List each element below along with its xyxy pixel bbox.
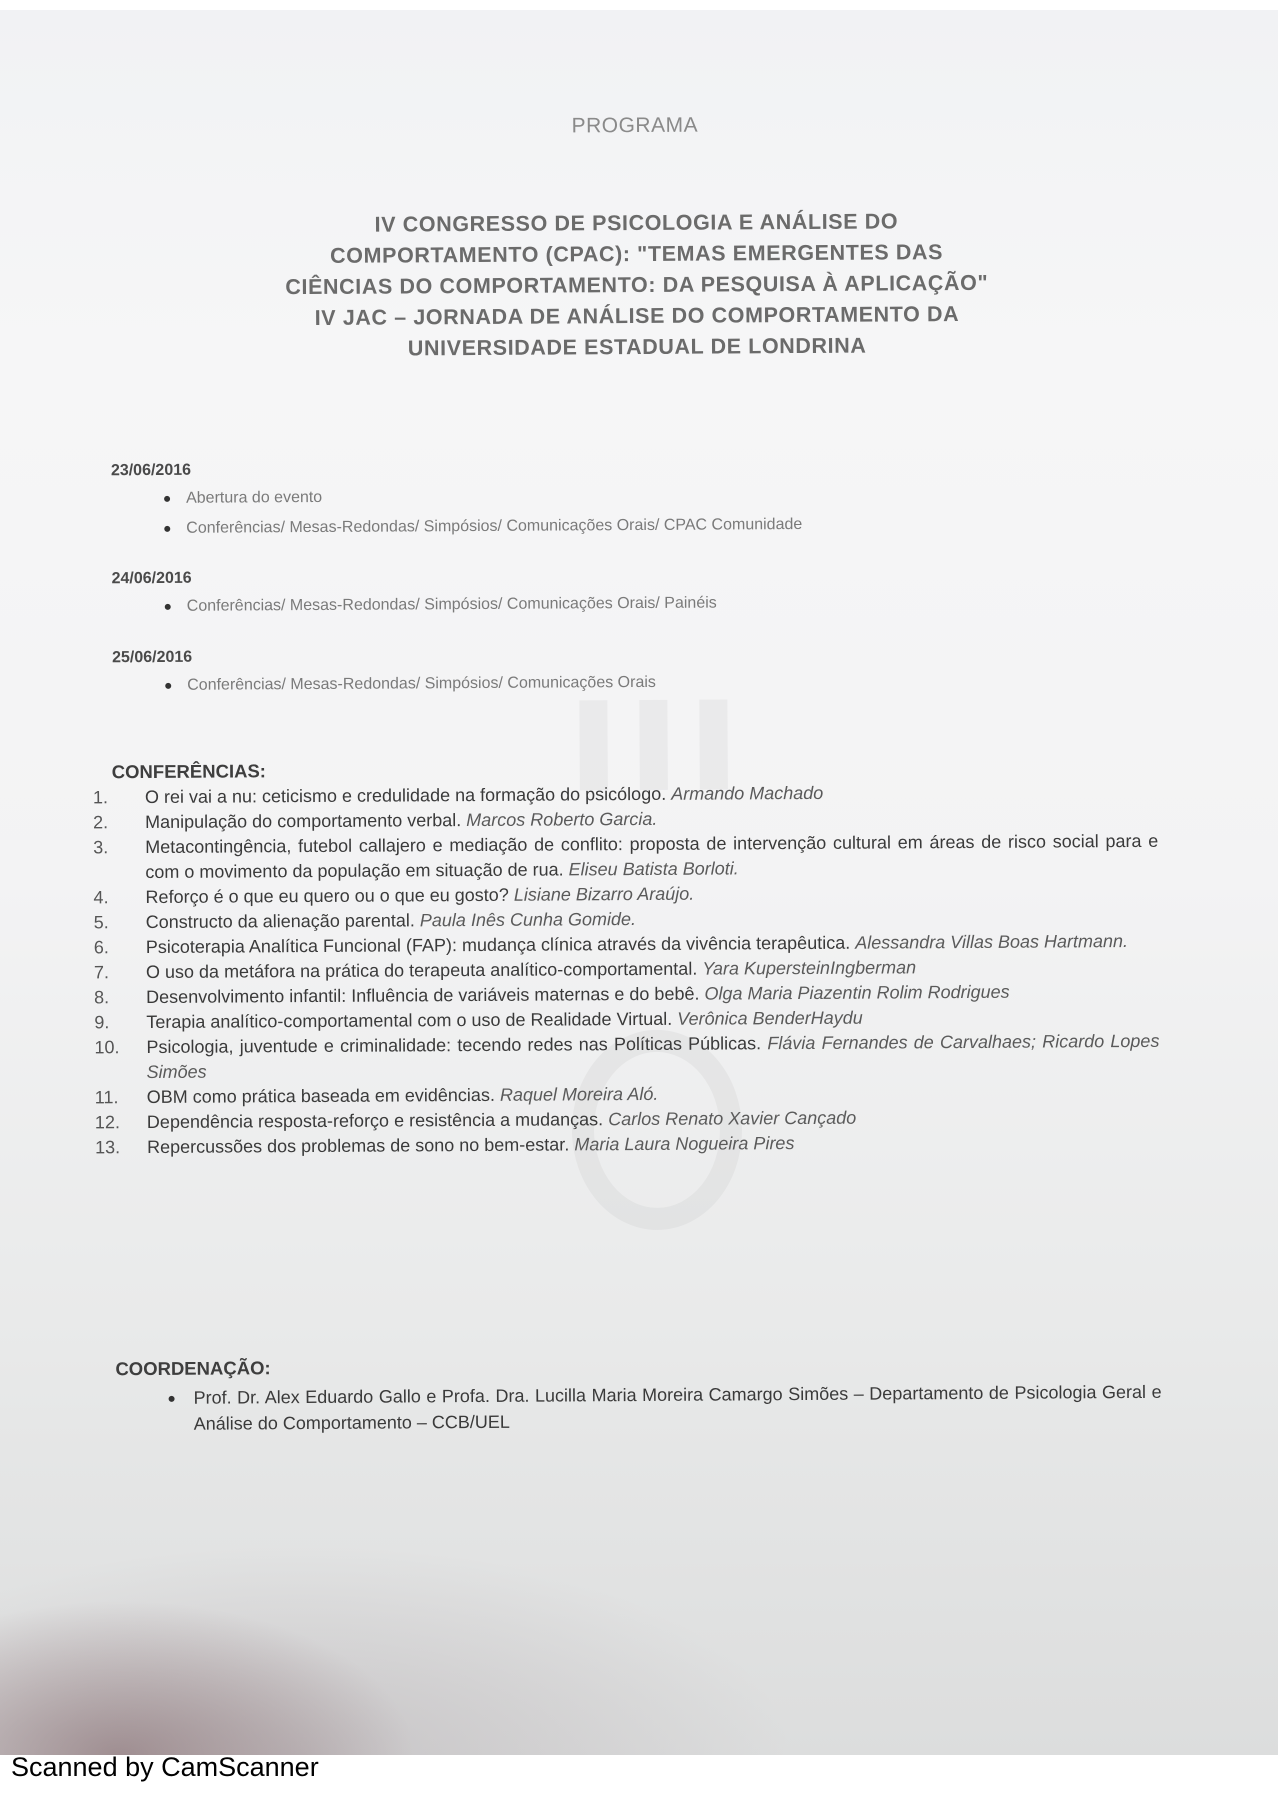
conference-title: O rei vai a nu: ceticismo e credulidade …	[145, 784, 666, 807]
conference-number: 7.	[94, 960, 130, 985]
conference-title: Desenvolvimento infantil: Influência de …	[146, 984, 699, 1007]
bullet-icon	[164, 526, 170, 532]
page-heading: PROGRAMA	[0, 110, 1274, 142]
document-page: PROGRAMA IV CONGRESSO DE PSICOLOGIA E AN…	[0, 10, 1278, 1755]
schedule-item: Conferências/ Mesas-Redondas/ Simpósios/…	[112, 586, 1072, 622]
conference-author: Maria Laura Nogueira Pires	[574, 1133, 794, 1154]
conference-author: Armando Machado	[671, 783, 823, 804]
conference-author: Alessandra Villas Boas Hartmann.	[855, 931, 1128, 953]
conference-item: 13.Repercussões dos problemas de sono no…	[95, 1129, 1160, 1161]
coordination-item: Prof. Dr. Alex Eduardo Gallo e Profa. Dr…	[117, 1379, 1162, 1437]
coordination-heading: COORDENAÇÃO:	[115, 1357, 270, 1380]
conference-number: 12.	[95, 1110, 131, 1135]
conference-author: Verônica BenderHaydu	[677, 1008, 863, 1029]
conference-number: 4.	[93, 885, 129, 910]
conference-author: Yara KupersteinIngberman	[702, 957, 916, 978]
conference-number: 2.	[93, 810, 129, 835]
conference-author: Marcos Roberto Garcia.	[466, 809, 657, 830]
bullet-icon	[165, 683, 171, 689]
conference-title: O uso da metáfora na prática do terapeut…	[146, 959, 697, 982]
schedule-item-text: Conferências/ Mesas-Redondas/ Simpósios/…	[187, 595, 717, 615]
conference-title: Terapia analítico-comportamental com o u…	[146, 1009, 672, 1032]
conference-author: Paula Inês Cunha Gomide.	[420, 909, 636, 930]
conference-title: Dependência resposta-reforço e resistênc…	[147, 1109, 603, 1132]
schedule-day: 23/06/2016 Abertura do evento Conferênci…	[111, 456, 1071, 544]
event-title-line: UNIVERSIDADE ESTADUAL DE LONDRINA	[177, 329, 1097, 366]
event-title-line: IV JAC – JORNADA DE ANÁLISE DO COMPORTAM…	[177, 298, 1097, 335]
conference-number: 3.	[93, 835, 129, 860]
conference-number: 6.	[94, 935, 130, 960]
bullet-icon	[169, 1396, 175, 1402]
schedule-day: 25/06/2016 Conferências/ Mesas-Redondas/…	[112, 643, 1072, 701]
conference-author: Raquel Moreira Aló.	[500, 1084, 659, 1105]
schedule-item-text: Conferências/ Mesas-Redondas/ Simpósios/…	[187, 674, 656, 694]
conference-title: OBM como prática baseada em evidências.	[147, 1085, 495, 1107]
conference-item: 10.Psicologia, juventude e criminalidade…	[94, 1029, 1159, 1086]
conference-author: Eliseu Batista Borloti.	[569, 858, 739, 879]
conference-number: 9.	[94, 1010, 130, 1035]
schedule-day: 24/06/2016 Conferências/ Mesas-Redondas/…	[112, 564, 1072, 622]
conference-author: Lisiane Bizarro Araújo.	[514, 884, 695, 905]
scanned-page-photo: PROGRAMA IV CONGRESSO DE PSICOLOGIA E AN…	[0, 10, 1278, 1755]
conference-title: Reforço é o que eu quero ou o que eu gos…	[145, 885, 508, 907]
bullet-icon	[165, 604, 171, 610]
conference-number: 8.	[94, 985, 130, 1010]
conference-title: Constructo da alienação parental.	[146, 910, 415, 932]
bullet-icon	[164, 496, 170, 502]
conference-number: 11.	[95, 1085, 131, 1110]
conferences-heading: CONFERÊNCIAS:	[112, 760, 266, 783]
conference-number: 1.	[93, 785, 129, 810]
schedule-item: Conferências/ Mesas-Redondas/ Simpósios/…	[112, 665, 1072, 701]
conference-author: Olga Maria Piazentin Rolim Rodrigues	[704, 982, 1009, 1004]
conference-title: Manipulação do comportamento verbal.	[145, 810, 461, 832]
schedule-item-text: Conferências/ Mesas-Redondas/ Simpósios/…	[186, 516, 802, 537]
conference-title: Psicoterapia Analítica Funcional (FAP): …	[146, 933, 850, 957]
schedule-item-text: Abertura do evento	[186, 489, 322, 507]
conferences-list: 1.O rei vai a nu: ceticismo e credulidad…	[93, 779, 1160, 1160]
conference-item: 3.Metacontingência, futebol callajero e …	[93, 829, 1158, 886]
conference-title: Repercussões dos problemas de sono no be…	[147, 1134, 569, 1157]
event-title: IV CONGRESSO DE PSICOLOGIA E ANÁLISE DO …	[176, 205, 1097, 366]
conference-author: Carlos Renato Xavier Cançado	[608, 1108, 856, 1130]
conference-number: 5.	[94, 910, 130, 935]
conference-number: 13.	[95, 1135, 131, 1160]
conference-number: 10.	[94, 1035, 130, 1060]
camscanner-watermark: Scanned by CamScanner	[11, 1752, 319, 1783]
coordination-item-text: Prof. Dr. Alex Eduardo Gallo e Profa. Dr…	[194, 1382, 1162, 1434]
schedule-item: Conferências/ Mesas-Redondas/ Simpósios/…	[111, 508, 1071, 544]
coordination-list: Prof. Dr. Alex Eduardo Gallo e Profa. Dr…	[117, 1379, 1162, 1437]
conference-title: Psicologia, juventude e criminalidade: t…	[146, 1033, 761, 1057]
